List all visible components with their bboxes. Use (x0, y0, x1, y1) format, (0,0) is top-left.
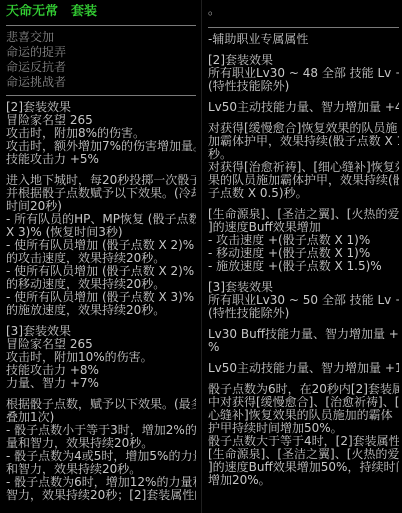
effect-text-line: [2]套装效果 (208, 54, 399, 67)
set-title: 天命无常 套装 (6, 4, 196, 20)
effect-text-line: 中对获得[缓慢愈合]、[治愈祈祷]、[细 (208, 396, 399, 409)
effect-text-line: 对获得[缓慢愈合]恢复效果的队员施 (208, 122, 399, 135)
effect-text-line: - 使所有队员增加 (骰子点数 X 3)% (6, 291, 196, 304)
effect-text-line: Lv50主动技能力量、智力增加量 +116 (208, 362, 399, 375)
effect-text-line: (特性技能除外) (208, 307, 399, 320)
effect-text-line: 和智力，效果持续20秒。 (6, 463, 196, 476)
separator-line (6, 95, 196, 96)
effect-text-line: Lv50主动技能力量、智力增加量 +45 (208, 101, 399, 114)
overflow-text-line: 。 (208, 4, 399, 17)
effect-text-line: - 骰子点数小于等于3时，增加2%的力 (6, 424, 196, 437)
effect-text-line: 进入地下城时，每20秒投掷一次骰子， (6, 174, 196, 187)
effect-text-line: 技能攻击力 +8% (6, 364, 196, 377)
effect-text-line: - 使所有队员增加 (骰子点数 X 2)% (6, 239, 196, 252)
effect-text-line: X 3)% (恢复时间3秒) (6, 226, 196, 239)
effect-text-line: 加霸体护甲，效果持续(骰子点数 X 1) (208, 135, 399, 148)
effect-text-line: 根据骰子点数，赋予以下效果。(最多 (6, 398, 196, 411)
effect-text-line: - 所有队员的HP、MP恢复 (骰子点数 (6, 213, 196, 226)
effect-text-line: 对获得[治愈祈祷]、[细心缝补]恢复效 (208, 161, 399, 174)
effect-text-line: 所有职业Lv30 ~ 48 全部 技能 Lv +1 (208, 67, 399, 80)
effect-text-line: 技能攻击力 +5% (6, 153, 196, 166)
effect-text-line: 骰子点数为6时，在20秒内[2]套装属性 (208, 383, 399, 396)
effect-text-line: [生命源泉]、[圣洁之翼]、[火热的爱意 (208, 448, 399, 461)
effect-text-line: 冒险家名望 265 (6, 114, 196, 127)
effect-text-line: [生命源泉]、[圣洁之翼]、[火热的爱意 (208, 208, 399, 221)
paragraph-spacer (6, 390, 196, 398)
paragraph-spacer (6, 317, 196, 325)
set-item-name: 悲喜交加 (6, 30, 196, 45)
paragraph-spacer (208, 354, 399, 362)
effect-text-line: 攻击时，附加8%的伤害。 (6, 127, 196, 140)
effect-text-line: (特性技能除外) (208, 80, 399, 93)
effect-text-line: - 攻击速度 +(骰子点数 X 1)% (208, 234, 399, 247)
set-item-name: 命运反抗者 (6, 60, 196, 75)
effect-text-line: - 施放速度 +(骰子点数 X 1.5)% (208, 260, 399, 273)
tooltip-left-column: 天命无常 套装 悲喜交加命运的捉弄命运反抗者命运挑战者 [2]套装效果冒险家名望… (0, 0, 201, 513)
paragraph-spacer (208, 200, 399, 208)
separator-line (6, 25, 196, 26)
effect-text-line: -辅助职业专属属性 (208, 33, 399, 46)
effect-text-line: 心缝补]恢复效果的队员施加的霸体 (208, 409, 399, 422)
set-tooltip: 天命无常 套装 悲喜交加命运的捉弄命运反抗者命运挑战者 [2]套装效果冒险家名望… (0, 0, 402, 513)
effect-text-line: - 移动速度 +(骰子点数 X 1)% (208, 247, 399, 260)
separator-line (208, 27, 399, 28)
effect-text-line: - 骰子点数为6时，增加12%的力量和 (6, 476, 196, 489)
effect-text-line: 攻击时，额外增加7%的伤害增加量。 (6, 140, 196, 153)
effect-text-line: 力量、智力 +7% (6, 377, 196, 390)
effect-text-line: 增加20%。 (208, 474, 399, 487)
effect-text-line: 果的队员施加霸体护甲，效果持续(骰 (208, 174, 399, 187)
set-effect-text-right: -辅助职业专属属性[2]套装效果所有职业Lv30 ~ 48 全部 技能 Lv +… (208, 33, 399, 487)
paragraph-spacer (208, 93, 399, 101)
paragraph-spacer (208, 320, 399, 328)
set-item-name: 命运挑战者 (6, 75, 196, 90)
effect-text-line: - 骰子点数为4或5时，增加5%的力量 (6, 450, 196, 463)
effect-text-line: Lv30 Buff技能力量、智力增加量 +11 (208, 328, 399, 341)
effect-text-line: 子点数 X 0.5)秒。 (208, 187, 399, 200)
set-item-name: 命运的捉弄 (6, 45, 196, 60)
effect-text-line: 攻击时，附加10%的伤害。 (6, 351, 196, 364)
effect-text-line: 并根据骰子点数赋予以下效果。(冷却 (6, 187, 196, 200)
effect-text-line: 的移动速度，效果持续20秒。 (6, 278, 196, 291)
effect-text-line: 时间20秒) (6, 200, 196, 213)
set-item-list: 悲喜交加命运的捉弄命运反抗者命运挑战者 (6, 30, 196, 90)
paragraph-spacer (208, 46, 399, 54)
effect-text-line: 的攻击速度，效果持续20秒。 (6, 252, 196, 265)
tooltip-right-column: 。 -辅助职业专属属性[2]套装效果所有职业Lv30 ~ 48 全部 技能 Lv… (201, 0, 402, 513)
effect-text-line: 智力，效果持续20秒；[2]套装属性的 (6, 489, 196, 502)
effect-text-line: % (208, 341, 399, 354)
effect-text-line: [3]套装效果 (208, 281, 399, 294)
effect-text-line: ]的速度Buff效果增加 (208, 221, 399, 234)
effect-text-line: 秒。 (208, 148, 399, 161)
effect-text-line: [2]套装效果 (6, 101, 196, 114)
effect-text-line: 骰子点数大于等于4时，[2]套装属性中 (208, 435, 399, 448)
effect-text-line: 冒险家名望 265 (6, 338, 196, 351)
paragraph-spacer (208, 114, 399, 122)
effect-text-line: 护甲持续时间增加50%。 (208, 422, 399, 435)
paragraph-spacer (208, 375, 399, 383)
set-effect-text-left: [2]套装效果冒险家名望 265攻击时，附加8%的伤害。攻击时，额外增加7%的伤… (6, 101, 196, 502)
effect-text-line: [3]套装效果 (6, 325, 196, 338)
effect-text-line: - 使所有队员增加 (骰子点数 X 2)% (6, 265, 196, 278)
effect-text-line: 所有职业Lv30 ~ 50 全部 技能 Lv +2 (208, 294, 399, 307)
effect-text-line: 量和智力，效果持续20秒。 (6, 437, 196, 450)
paragraph-spacer (208, 273, 399, 281)
effect-text-line: ]的速度Buff效果增加50%，持续时间 (208, 461, 399, 474)
effect-text-line: 叠加1次) (6, 411, 196, 424)
effect-text-line: 的施放速度，效果持续20秒。 (6, 304, 196, 317)
paragraph-spacer (6, 166, 196, 174)
